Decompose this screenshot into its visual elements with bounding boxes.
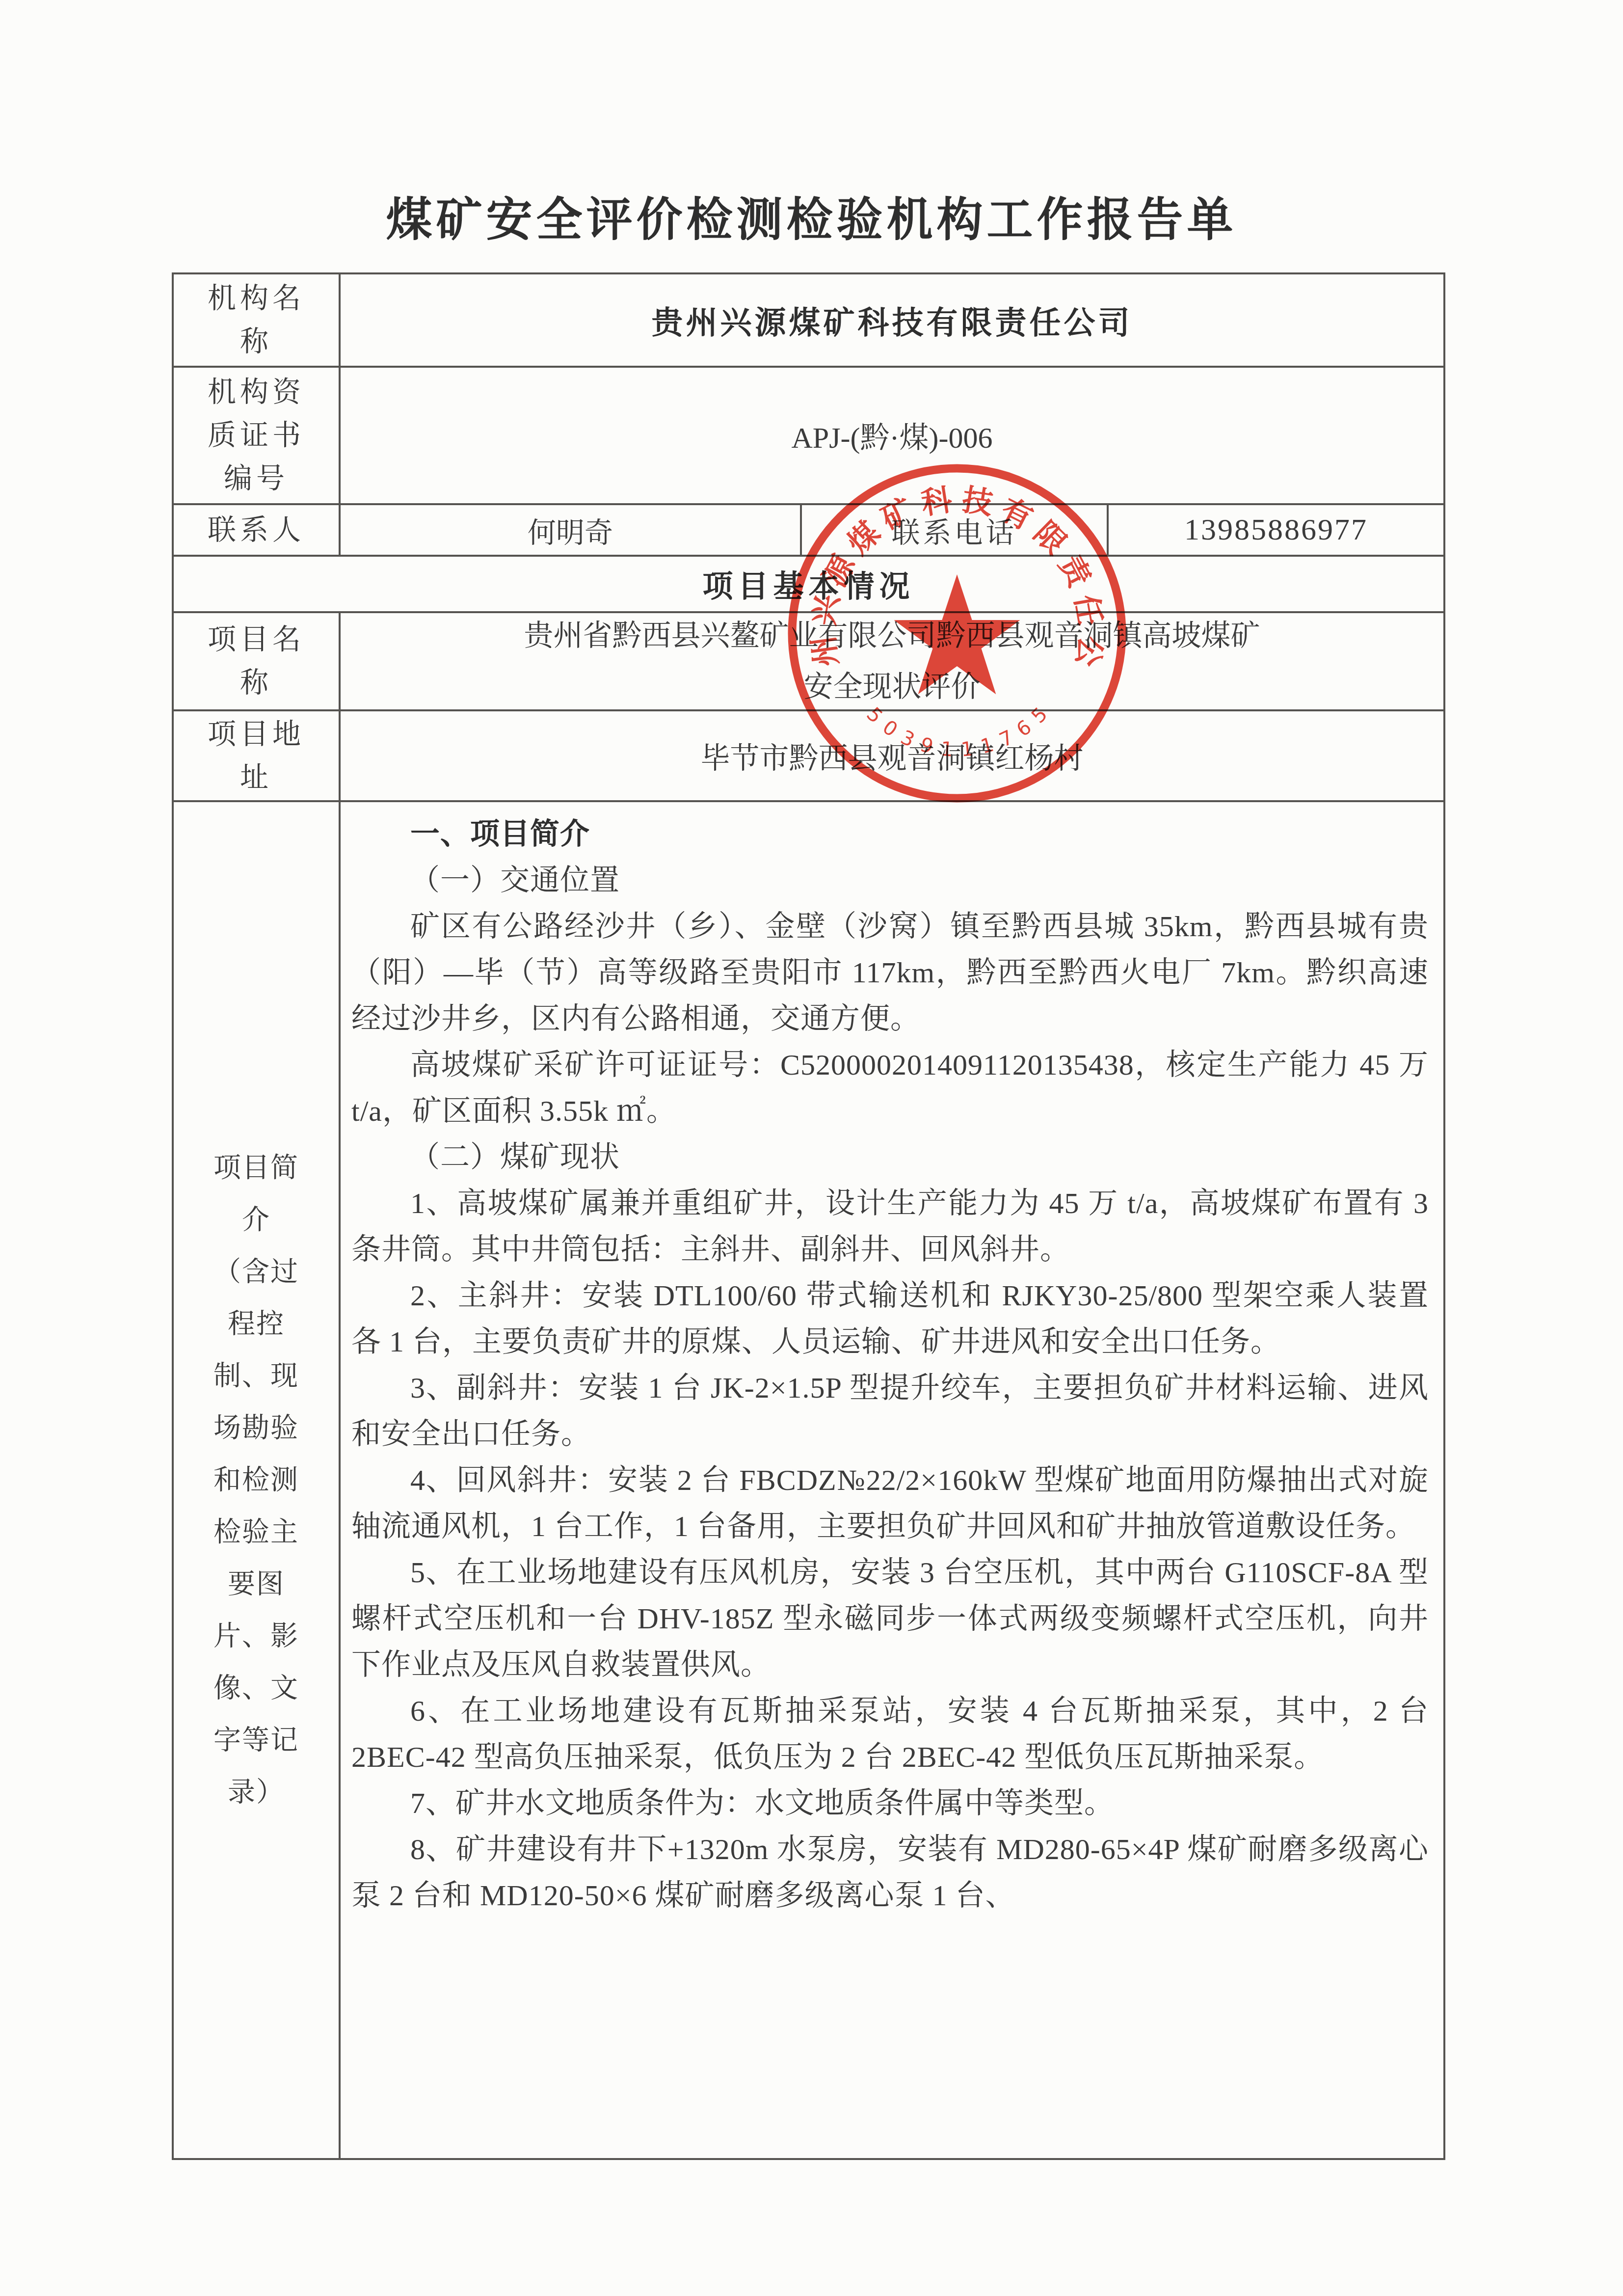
contact-name-value: 何明奇	[341, 505, 802, 555]
row-contact: 联系人 何明奇 联系电话 13985886977	[174, 505, 1443, 557]
report-form-table: 机构名 称 贵州兴源煤矿科技有限责任公司 机构资 质证书 编号 APJ-(黔·煤…	[172, 272, 1445, 2160]
project-address-label: 项目地 址	[174, 711, 341, 800]
row-project-name: 项目名 称 贵州省黔西县兴鳌矿业有限公司黔西县观音洞镇高坡煤矿 安全现状评价	[174, 613, 1443, 711]
intro-heading-status: （二）煤矿现状	[351, 1134, 1429, 1180]
cert-no-label: 机构资 质证书 编号	[174, 368, 341, 503]
intro-item-3: 3、副斜井：安装 1 台 JK-2×1.5P 型提升绞车，主要担负矿井材料运输、…	[351, 1365, 1429, 1457]
contact-label: 联系人	[174, 505, 341, 555]
intro-item-8: 8、矿井建设有井下+1320m 水泵房，安装有 MD280-65×4P 煤矿耐磨…	[351, 1826, 1429, 1918]
intro-heading-traffic: （一）交通位置	[351, 857, 1429, 903]
intro-item-4: 4、回风斜井：安装 2 台 FBCDZ№22/2×160kW 型煤矿地面用防爆抽…	[351, 1457, 1429, 1549]
intro-item-6: 6、在工业场地建设有瓦斯抽采泵站，安装 4 台瓦斯抽采泵，其中，2 台 2BEC…	[351, 1688, 1429, 1780]
row-cert-no: 机构资 质证书 编号 APJ-(黔·煤)-006	[174, 368, 1443, 505]
org-name-value: 贵州兴源煤矿科技有限责任公司	[341, 274, 1443, 366]
intro-item-2: 2、主斜井：安装 DTL100/60 带式输送机和 RJKY30-25/800 …	[351, 1272, 1429, 1365]
project-name-value: 贵州省黔西县兴鳌矿业有限公司黔西县观音洞镇高坡煤矿 安全现状评价	[341, 613, 1443, 709]
org-name-label: 机构名 称	[174, 274, 341, 366]
project-address-value: 毕节市黔西县观音洞镇红杨村	[341, 711, 1443, 800]
intro-item-7: 7、矿井水文地质条件为：水文地质条件属中等类型。	[351, 1780, 1429, 1826]
intro-item-1: 1、高坡煤矿属兼并重组矿井，设计生产能力为 45 万 t/a，高坡煤矿布置有 3…	[351, 1180, 1429, 1272]
phone-label: 联系电话	[802, 505, 1109, 555]
project-name-label: 项目名 称	[174, 613, 341, 709]
row-project-address: 项目地 址 毕节市黔西县观音洞镇红杨村	[174, 711, 1443, 802]
intro-item-5: 5、在工业场地建设有压风机房，安装 3 台空压机，其中两台 G110SCF-8A…	[351, 1549, 1429, 1688]
scanned-report-page: 煤矿安全评价检测检验机构工作报告单 机构名 称 贵州兴源煤矿科技有限责任公司 机…	[0, 0, 1623, 2296]
intro-paragraph: 矿区有公路经沙井（乡）、金壁（沙窝）镇至黔西县城 35km，黔西县城有贵（阳）—…	[351, 903, 1429, 1042]
row-project-intro: 项目简 介 （含过 程控 制、现 场勘验 和检测 检验主 要图 片、影 像、文 …	[174, 802, 1443, 2158]
row-org-name: 机构名 称 贵州兴源煤矿科技有限责任公司	[174, 274, 1443, 368]
project-intro-label: 项目简 介 （含过 程控 制、现 场勘验 和检测 检验主 要图 片、影 像、文 …	[174, 802, 341, 2158]
phone-value: 13985886977	[1109, 505, 1443, 555]
cert-no-value: APJ-(黔·煤)-006	[341, 368, 1443, 503]
project-intro-body: 一、项目简介 （一）交通位置 矿区有公路经沙井（乡）、金壁（沙窝）镇至黔西县城 …	[341, 802, 1443, 2158]
section-header-project-basics: 项目基本情况	[174, 557, 1443, 613]
intro-heading-1: 一、项目简介	[351, 811, 1429, 857]
intro-paragraph: 高坡煤矿采矿许可证证号：C5200002014091120135438，核定生产…	[351, 1042, 1429, 1134]
page-title: 煤矿安全评价检测检验机构工作报告单	[0, 183, 1623, 249]
